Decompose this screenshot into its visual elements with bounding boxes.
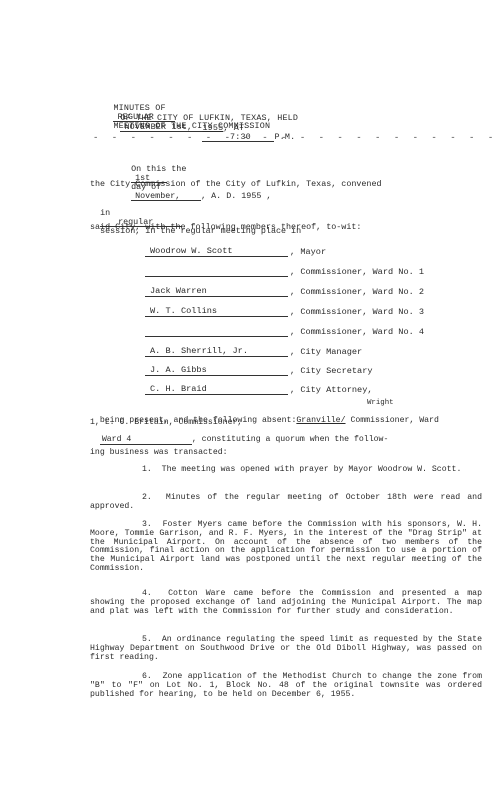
member-title: , Commissioner, Ward No. 1 — [288, 268, 424, 277]
item-number: 1. — [142, 465, 152, 474]
item-number: 6. — [142, 672, 152, 681]
handwritten-insert: Wright — [367, 400, 394, 407]
roster-row-city-manager: A. B. Sherrill, Jr., City Manager — [145, 347, 362, 358]
absent-ward-field: Ward 4 — [100, 436, 192, 445]
item-number: 4. — [142, 589, 152, 598]
member-title: , City Secretary — [288, 367, 373, 376]
item-number: 5. — [142, 635, 152, 644]
separator-dashes: - - - - - - - - - - - - - - - - - - - - … — [93, 134, 494, 143]
intro-line-2: the City Commission of the City of Lufki… — [90, 180, 382, 188]
minutes-item-2: 2. Minutes of the regular meeting of Oct… — [90, 494, 482, 512]
minutes-item-5: 5. An ordinance regulating the speed lim… — [90, 636, 482, 662]
month-field: November, — [131, 192, 201, 201]
item-number: 3. — [142, 520, 152, 529]
roster-row-ward-3: W. T. Collins, Commissioner, Ward No. 3 — [145, 307, 424, 318]
member-name-field: Woodrow W. Scott — [145, 247, 288, 257]
member-name-field: A. B. Sherrill, Jr. — [145, 347, 288, 357]
roster-row-mayor: Woodrow W. Scott, Mayor — [145, 247, 326, 258]
roster-row-ward-2: Jack Warren, Commissioner, Ward No. 2 — [145, 287, 424, 298]
member-title: , Commissioner, Ward No. 2 — [288, 288, 424, 297]
attendance-line-4: ing business was transacted: — [90, 449, 228, 457]
attendance-line-3: Ward 4, constituting a quorum when the f… — [90, 428, 388, 445]
attendance-line-2: 1, L. C. Britain, Commissioner, — [90, 419, 242, 427]
minutes-item-3: 3. Foster Myers came before the Commissi… — [90, 521, 482, 574]
intro-year: , A. D. 1955 , — [201, 191, 271, 201]
member-name-field: C. H. Braid — [145, 385, 288, 395]
member-title: , City Attorney, — [288, 386, 373, 395]
item-text: The meeting was opened with prayer by Ma… — [162, 465, 462, 474]
member-title: , Mayor — [288, 248, 326, 257]
member-title: , Commissioner, Ward No. 3 — [288, 308, 424, 317]
member-name-field — [145, 267, 288, 277]
roster-row-ward-4: , Commissioner, Ward No. 4 — [145, 327, 424, 338]
roster-row-city-secretary: J. A. Gibbs, City Secretary — [145, 366, 373, 377]
item-text: Foster Myers came before the Commission … — [90, 520, 482, 573]
minutes-item-1: 1. The meeting was opened with prayer by… — [90, 466, 482, 475]
absent-member: Granville/ — [296, 416, 345, 425]
roster-row-city-attorney: C. H. Braid, City Attorney, — [145, 385, 373, 396]
member-name-field — [145, 327, 288, 337]
item-number: 2. — [142, 493, 152, 502]
attendance-text: , constituting a quorum when the follow- — [192, 435, 389, 444]
member-name-field: W. T. Collins — [145, 307, 288, 317]
roster-row-ward-1: , Commissioner, Ward No. 1 — [145, 267, 424, 278]
intro-line-4: said City, with the following members th… — [90, 223, 361, 231]
minutes-item-4: 4. Cotton Ware came before the Commissio… — [90, 590, 482, 616]
member-title: , City Manager — [288, 348, 362, 357]
member-name-field: Jack Warren — [145, 287, 288, 297]
minutes-item-6: 6. Zone application of the Methodist Chu… — [90, 673, 482, 699]
member-name-field: J. A. Gibbs — [145, 366, 288, 376]
member-title: , Commissioner, Ward No. 4 — [288, 328, 424, 337]
attendance-text: Commissioner, Ward — [350, 416, 438, 425]
